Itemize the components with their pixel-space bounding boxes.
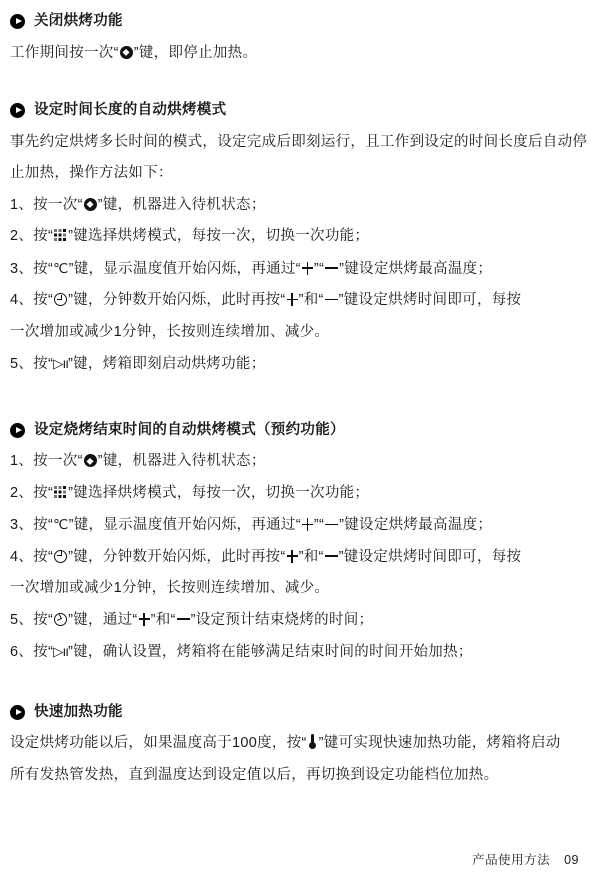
text-run: 止加热，操作方法如下： [10,165,173,181]
text-run: 事先约定烘烤多长时间的模式，设定完成后即刻运行，且工作到设定的时间长度后自动停 [10,134,587,150]
text-line: 2、按“”键选择烘烤模式，每按一次，切换一次功能； [10,221,587,253]
text-line: 4、按“”键，分钟数开始闪烁，此时再按“”和“”键设定烘烤时间即可，每按 [10,285,587,317]
text-run: ”键设定烘烤时间即可，每按 [339,549,522,565]
text-run: ”键选择烘烤模式，每按一次，切换一次功能； [68,228,369,244]
text-run: ”和“ [299,549,324,565]
text-run: ”键设定烘烤最高温度； [339,261,492,277]
text-run: 5、按“ [10,356,53,372]
text-run: ”键，烤箱即刻启动烘烤功能； [68,356,266,372]
text-run: 一次增加或减少1分钟，长按则连续增加、减少。 [10,580,329,596]
text-line: 一次增加或减少1分钟，长按则连续增加、减少。 [10,317,587,349]
text-line: 3、按“℃”键，显示温度值开始闪烁，再通过“”“”键设定烘烤最高温度； [10,253,587,286]
section-heading: 设定烧烤结束时间的自动烘烤模式（预约功能） [10,415,587,447]
text-line: 5、按“”键，通过“”和“”设定预计结束烧烤的时间； [10,605,587,637]
thermometer-quick-heat-icon [308,734,318,749]
text-line: 6、按“▷ıı”键，确认设置，烤箱将在能够满足结束时间的时间开始加热； [10,636,587,669]
text-line: 1、按一次“”键，机器进入待机状态； [10,190,587,222]
text-line: 5、按“▷ıı”键，烤箱即刻启动烘烤功能； [10,348,587,381]
section-heading-label: 设定时间长度的自动烘烤模式 [34,95,226,127]
text-run: ”键可实现快速加热功能，烤箱将启动 [319,735,561,751]
text-line: 1、按一次“”键，机器进入待机状态； [10,446,587,478]
text-run: 3、按“ [10,261,53,277]
plus-key-icon [287,293,298,306]
text-run: ”键，分钟数开始闪烁，此时再按“ [68,292,285,308]
footer-page-number: 09 [564,853,579,867]
cook-time-clock-icon [54,293,67,306]
section-heading: 快速加热功能 [10,697,587,729]
mode-select-grid-icon [54,486,67,499]
start-pause-key-icon: ▷ıı [53,348,68,380]
celsius-temperature-icon: ℃ [53,253,68,285]
text-run: 所有发热管发热，直到温度达到设定值以后，再切换到设定功能档位加热。 [10,767,498,783]
text-line: 一次增加或减少1分钟，长按则连续增加、减少。 [10,573,587,605]
text-run: 5、按“ [10,612,53,628]
section-heading: 设定时间长度的自动烘烤模式 [10,95,587,127]
section-close-bake: 关闭烘烤功能 工作期间按一次“”键，即停止加热。 [10,6,587,69]
preset-end-time-clock-icon [54,613,67,626]
text-line: 工作期间按一次“”键，即停止加热。 [10,38,587,70]
cook-time-clock-icon [54,550,67,563]
section-auto-bake-duration: 设定时间长度的自动烘烤模式 事先约定烘烤多长时间的模式，设定完成后即刻运行，且工… [10,95,587,381]
plus-key-icon [302,262,313,275]
text-run: ”键设定烘烤最高温度； [339,517,492,533]
play-bullet-icon [10,103,25,118]
text-run: 4、按“ [10,292,53,308]
section-auto-bake-end-time: 设定烧烤结束时间的自动烘烤模式（预约功能） 1、按一次“”键，机器进入待机状态；… [10,415,587,669]
text-run: ”键，即停止加热。 [134,45,258,61]
text-run: ”键，机器进入待机状态； [98,197,266,213]
text-line: 所有发热管发热，直到温度达到设定值以后，再切换到设定功能档位加热。 [10,760,587,792]
text-run: ”和“ [299,292,324,308]
section-heading-label: 设定烧烤结束时间的自动烘烤模式（预约功能） [34,415,345,447]
minus-key-icon [177,613,190,626]
text-line: 2、按“”键选择烘烤模式，每按一次，切换一次功能； [10,478,587,510]
text-run: ”键，通过“ [68,612,137,628]
text-run: ”键，显示温度值开始闪烁，再通过“ [69,517,301,533]
minus-key-icon [325,518,338,531]
text-run: ”键，显示温度值开始闪烁，再通过“ [69,261,301,277]
power-standby-icon [120,46,133,59]
footer-label: 产品使用方法 [472,850,550,868]
text-run: 设定烘烤功能以后，如果温度高于100度，按“ [10,735,307,751]
page-footer: 产品使用方法 09 [472,850,579,868]
text-run: ”键，确认设置，烤箱将在能够满足结束时间的时间开始加热； [68,644,473,660]
section-body: 事先约定烘烤多长时间的模式，设定完成后即刻运行，且工作到设定的时间长度后自动停止… [10,127,587,381]
text-run: 3、按“ [10,517,53,533]
text-line: 4、按“”键，分钟数开始闪烁，此时再按“”和“”键设定烘烤时间即可，每按 [10,542,587,574]
text-run: 6、按“ [10,644,53,660]
text-run: 1、按一次“ [10,453,83,469]
text-run: ”和“ [151,612,176,628]
section-body: 工作期间按一次“”键，即停止加热。 [10,38,587,70]
plus-key-icon [302,518,313,531]
text-run: ”设定预计结束烧烤的时间； [191,612,374,628]
section-quick-heat: 快速加热功能 设定烘烤功能以后，如果温度高于100度，按“”键可实现快速加热功能… [10,697,587,792]
text-run: 2、按“ [10,485,53,501]
section-body: 1、按一次“”键，机器进入待机状态；2、按“”键选择烘烤模式，每按一次，切换一次… [10,446,587,669]
text-run: ”“ [314,261,324,277]
text-run: ”键选择烘烤模式，每按一次，切换一次功能； [68,485,369,501]
text-run: 4、按“ [10,549,53,565]
text-run: ”“ [314,517,324,533]
text-line: 3、按“℃”键，显示温度值开始闪烁，再通过“”“”键设定烘烤最高温度； [10,509,587,542]
text-line: 事先约定烘烤多长时间的模式，设定完成后即刻运行，且工作到设定的时间长度后自动停 [10,127,587,159]
play-bullet-icon [10,423,25,438]
text-line: 止加热，操作方法如下： [10,158,587,190]
plus-key-icon [287,550,298,563]
section-heading-label: 关闭烘烤功能 [34,6,123,38]
text-run: 2、按“ [10,228,53,244]
plus-key-icon [139,613,150,626]
play-bullet-icon [10,705,25,720]
section-heading: 关闭烘烤功能 [10,6,587,38]
text-run: ”键设定烘烤时间即可，每按 [339,292,522,308]
power-standby-icon [84,198,97,211]
play-bullet-icon [10,14,25,29]
text-line: 设定烘烤功能以后，如果温度高于100度，按“”键可实现快速加热功能，烤箱将启动 [10,728,587,760]
text-run: 工作期间按一次“ [10,45,119,61]
minus-key-icon [325,550,338,563]
start-pause-key-icon: ▷ıı [53,636,68,668]
section-heading-label: 快速加热功能 [34,697,123,729]
celsius-temperature-icon: ℃ [53,509,68,541]
text-run: ”键，机器进入待机状态； [98,453,266,469]
power-standby-icon [84,454,97,467]
text-run: ”键，分钟数开始闪烁，此时再按“ [68,549,285,565]
text-run: 一次增加或减少1分钟，长按则连续增加、减少。 [10,324,329,340]
minus-key-icon [325,262,338,275]
minus-key-icon [325,293,338,306]
manual-page: 关闭烘烤功能 工作期间按一次“”键，即停止加热。 设定时间长度的自动烘烤模式 事… [0,0,597,791]
mode-select-grid-icon [54,229,67,242]
section-body: 设定烘烤功能以后，如果温度高于100度，按“”键可实现快速加热功能，烤箱将启动所… [10,728,587,791]
text-run: 1、按一次“ [10,197,83,213]
